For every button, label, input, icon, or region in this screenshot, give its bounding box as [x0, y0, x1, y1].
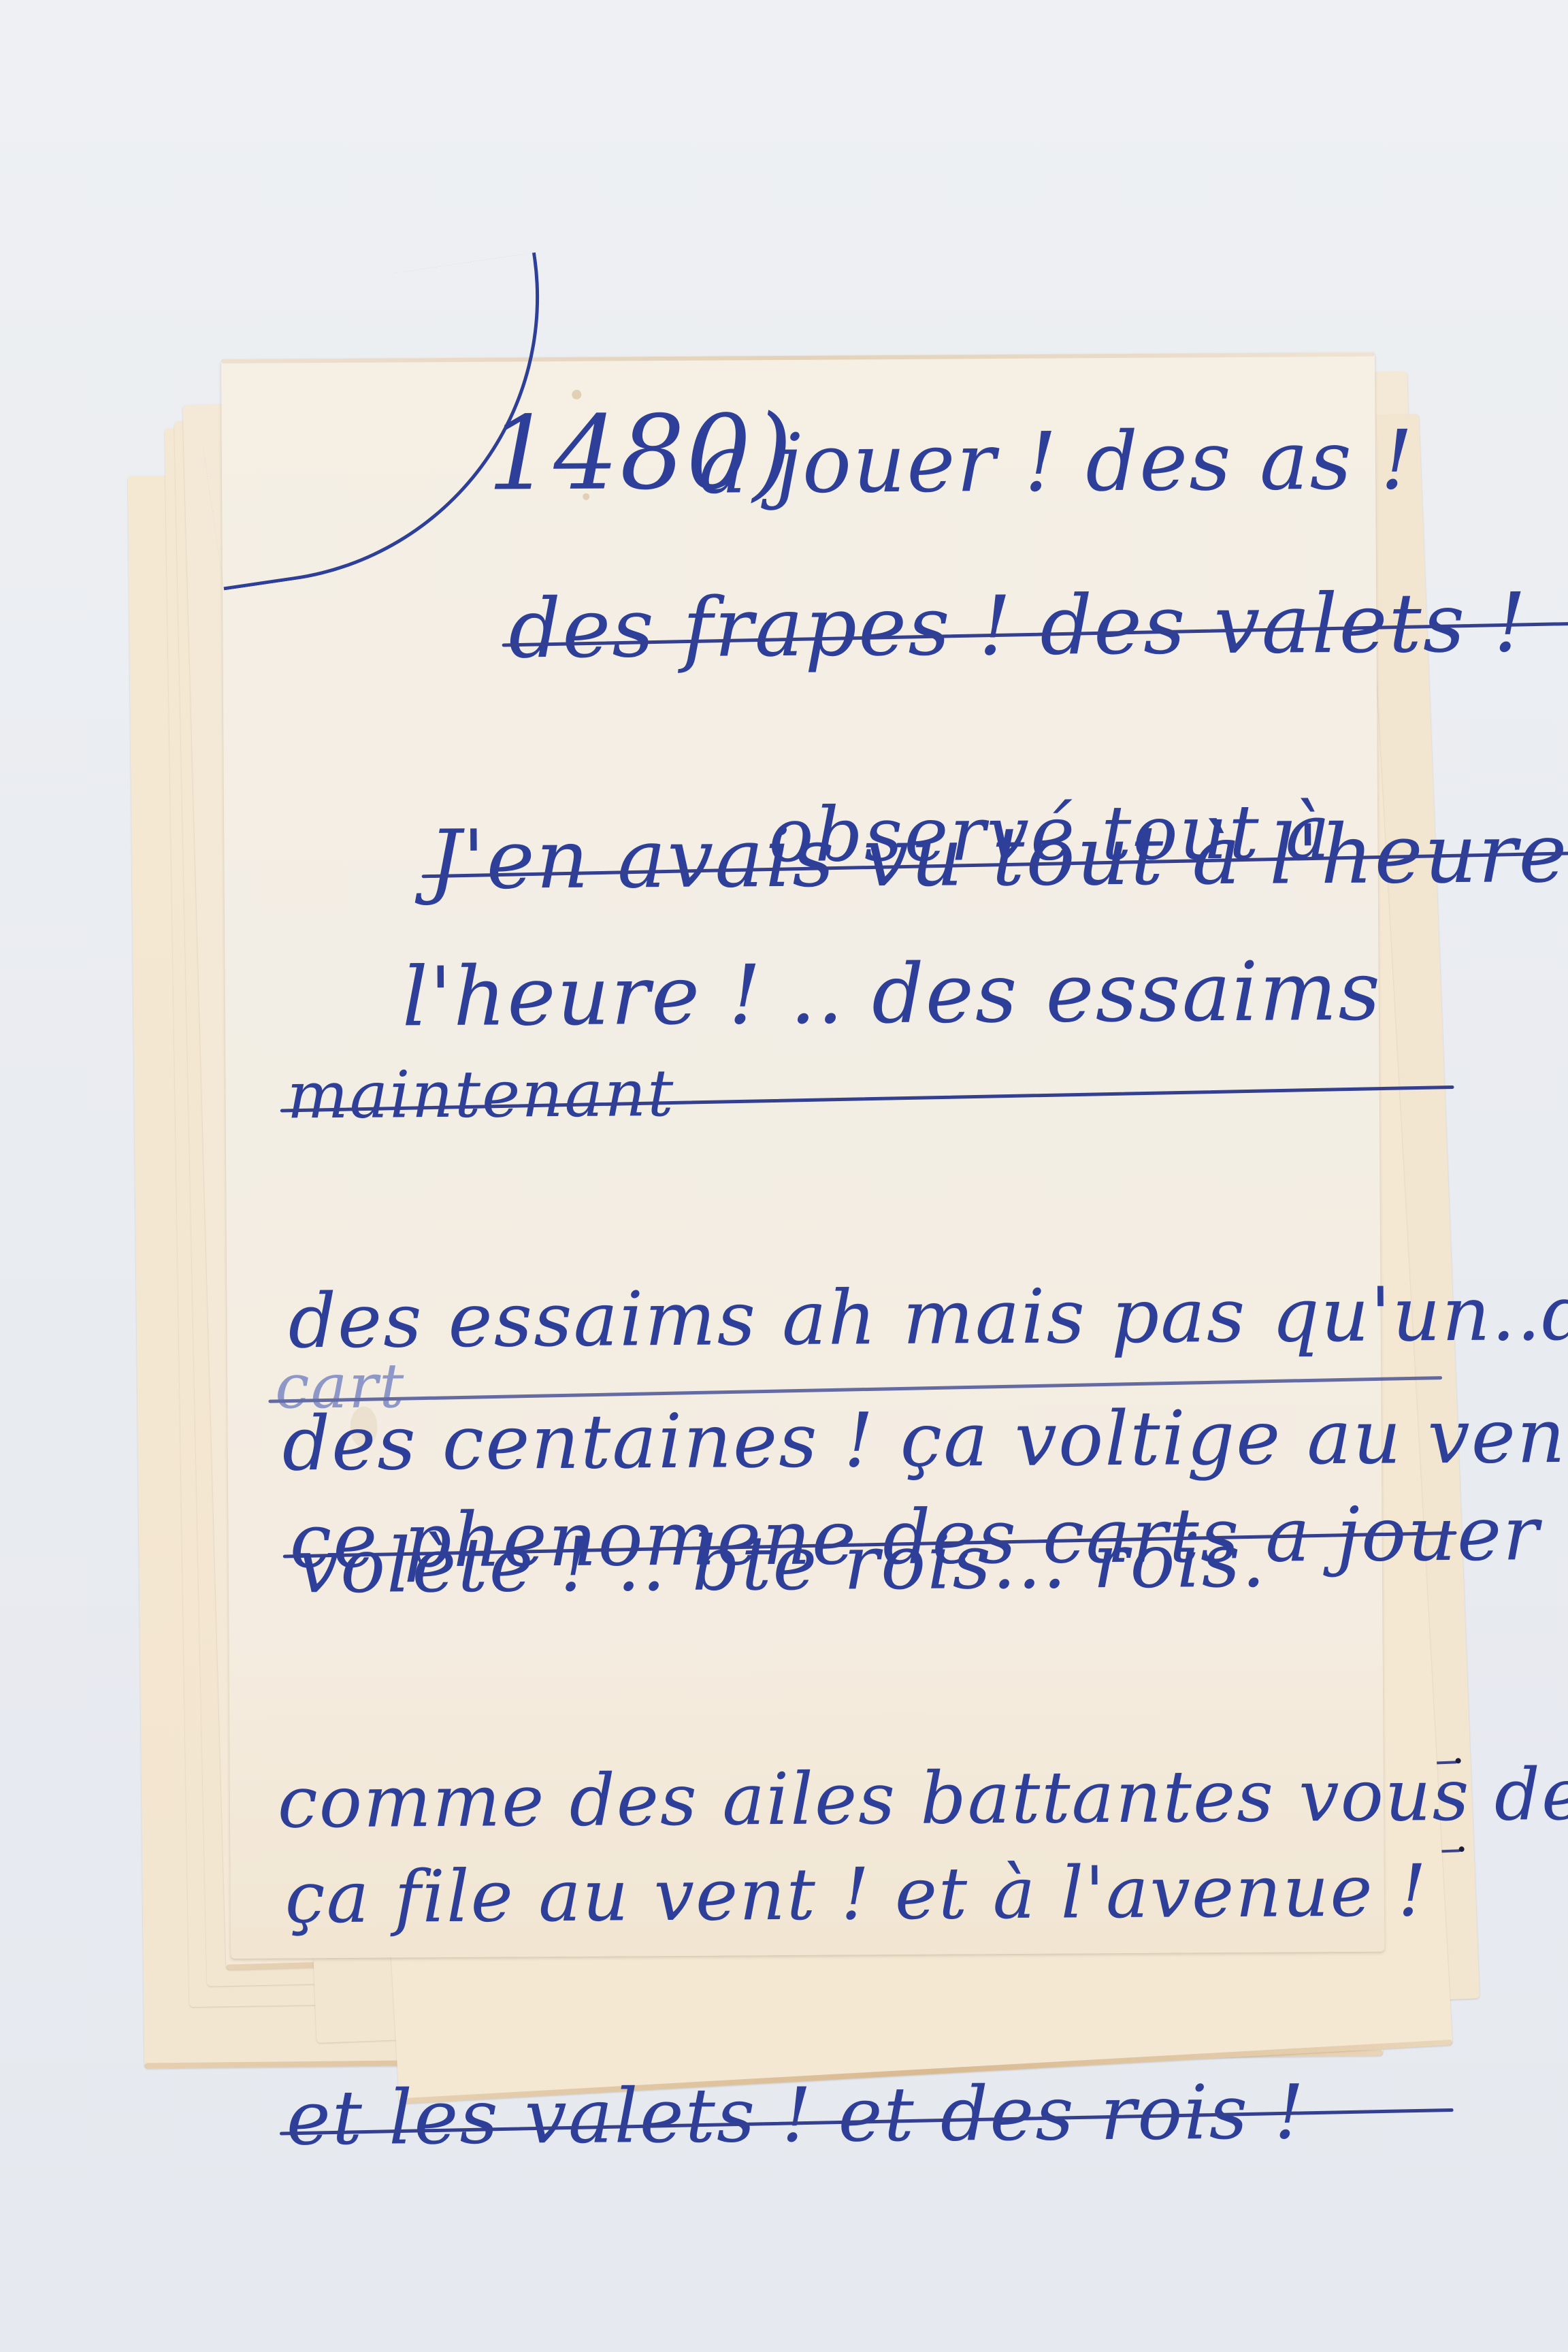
ink-dot [1459, 1846, 1465, 1852]
photo-stage: 1480) a jouer ! des as ! des frapes ! de… [0, 0, 1568, 2352]
line-2: des frapes ! des valets ! [508, 575, 1568, 676]
line-9: des essaims ah mais pas qu'un..deux ! [288, 1269, 1568, 1365]
line-4-insertion: observé tout à [768, 788, 1332, 879]
line-5: maintenant [287, 1051, 1441, 1133]
line-11: volète ! .. bte rois... rois. [296, 1517, 1267, 1610]
line-10: des centaines ! ça voltige au vent ! [282, 1392, 1568, 1487]
line-text: a jouer ! des as ! [698, 413, 1415, 512]
line-1: a jouer ! des as ! [698, 413, 1415, 512]
line-12: et les valets ! et des rois ! [286, 2068, 1440, 2161]
line-14: ça file au vent ! et à l'avenue ! [284, 1849, 1428, 1939]
line-6: l'heure ! .. des essaims [402, 945, 1382, 1045]
line-13: comme des ailes battantes vous dessus ~ [278, 1752, 1568, 1844]
manuscript-page: 1480) a jouer ! des as ! des frapes ! de… [221, 353, 1384, 1959]
